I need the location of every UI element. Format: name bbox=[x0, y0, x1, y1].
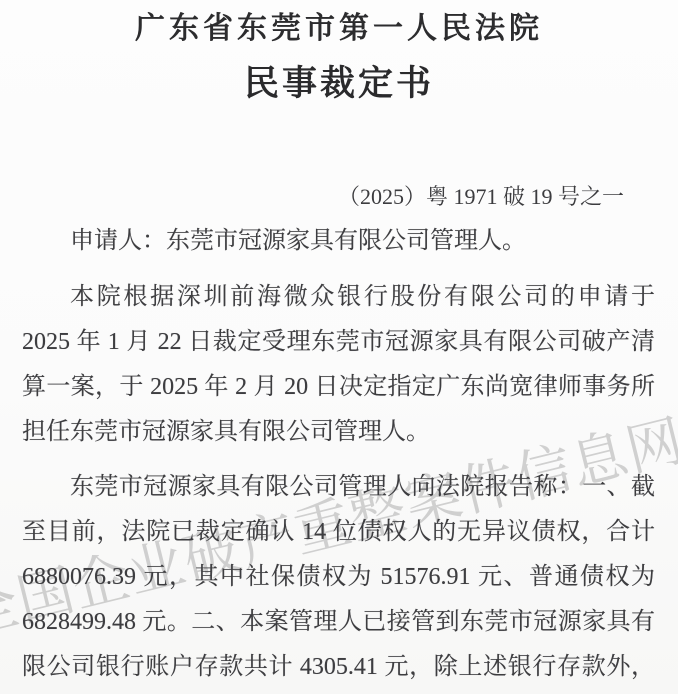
document-body: 申请人：东莞市冠源家具有限公司管理人。本院根据深圳前海微众银行股份有限公司的申请… bbox=[0, 219, 678, 690]
paragraph: 东莞市冠源家具有限公司管理人向法院报告称：一、截至目前，法院已裁定确认 14 位… bbox=[22, 465, 655, 690]
body-line: 本院根据深圳前海微众银行股份有限公司的申请于 bbox=[22, 275, 655, 320]
body-line: 6828499.48 元。二、本案管理人已接管到东莞市冠源家具有 bbox=[22, 600, 655, 645]
body-line: 至目前，法院已裁定确认 14 位债权人的无异议债权，合计 bbox=[22, 510, 655, 555]
paragraph: 本院根据深圳前海微众银行股份有限公司的申请于2025 年 1 月 22 日裁定受… bbox=[22, 275, 655, 455]
paragraph: 申请人：东莞市冠源家具有限公司管理人。 bbox=[22, 219, 655, 264]
court-name: 广东省东莞市第一人民法院 bbox=[0, 6, 678, 52]
ruling-document: 广东省东莞市第一人民法院 民事裁定书 （2025）粤 1971 破 19 号之一… bbox=[0, 6, 678, 690]
body-line: 担任东莞市冠源家具有限公司管理人。 bbox=[22, 410, 655, 455]
scanned-court-ruling-page: 全国企业破产重整案件信息网 广东省东莞市第一人民法院 民事裁定书 （2025）粤… bbox=[0, 0, 678, 694]
body-line: 东莞市冠源家具有限公司管理人向法院报告称：一、截 bbox=[22, 465, 655, 510]
case-number: （2025）粤 1971 破 19 号之一 bbox=[0, 182, 678, 212]
body-line: 2025 年 1 月 22 日裁定受理东莞市冠源家具有限公司破产清 bbox=[22, 320, 655, 365]
body-line: 申请人：东莞市冠源家具有限公司管理人。 bbox=[22, 219, 655, 264]
body-line: 算一案，于 2025 年 2 月 20 日决定指定广东尚宽律师事务所 bbox=[22, 365, 655, 410]
body-line: 限公司银行账户存款共计 4305.41 元，除上述银行存款外， bbox=[22, 645, 655, 690]
body-line: 6880076.39 元，其中社保债权为 51576.91 元、普通债权为 bbox=[22, 555, 655, 600]
document-title: 民事裁定书 bbox=[0, 58, 678, 110]
